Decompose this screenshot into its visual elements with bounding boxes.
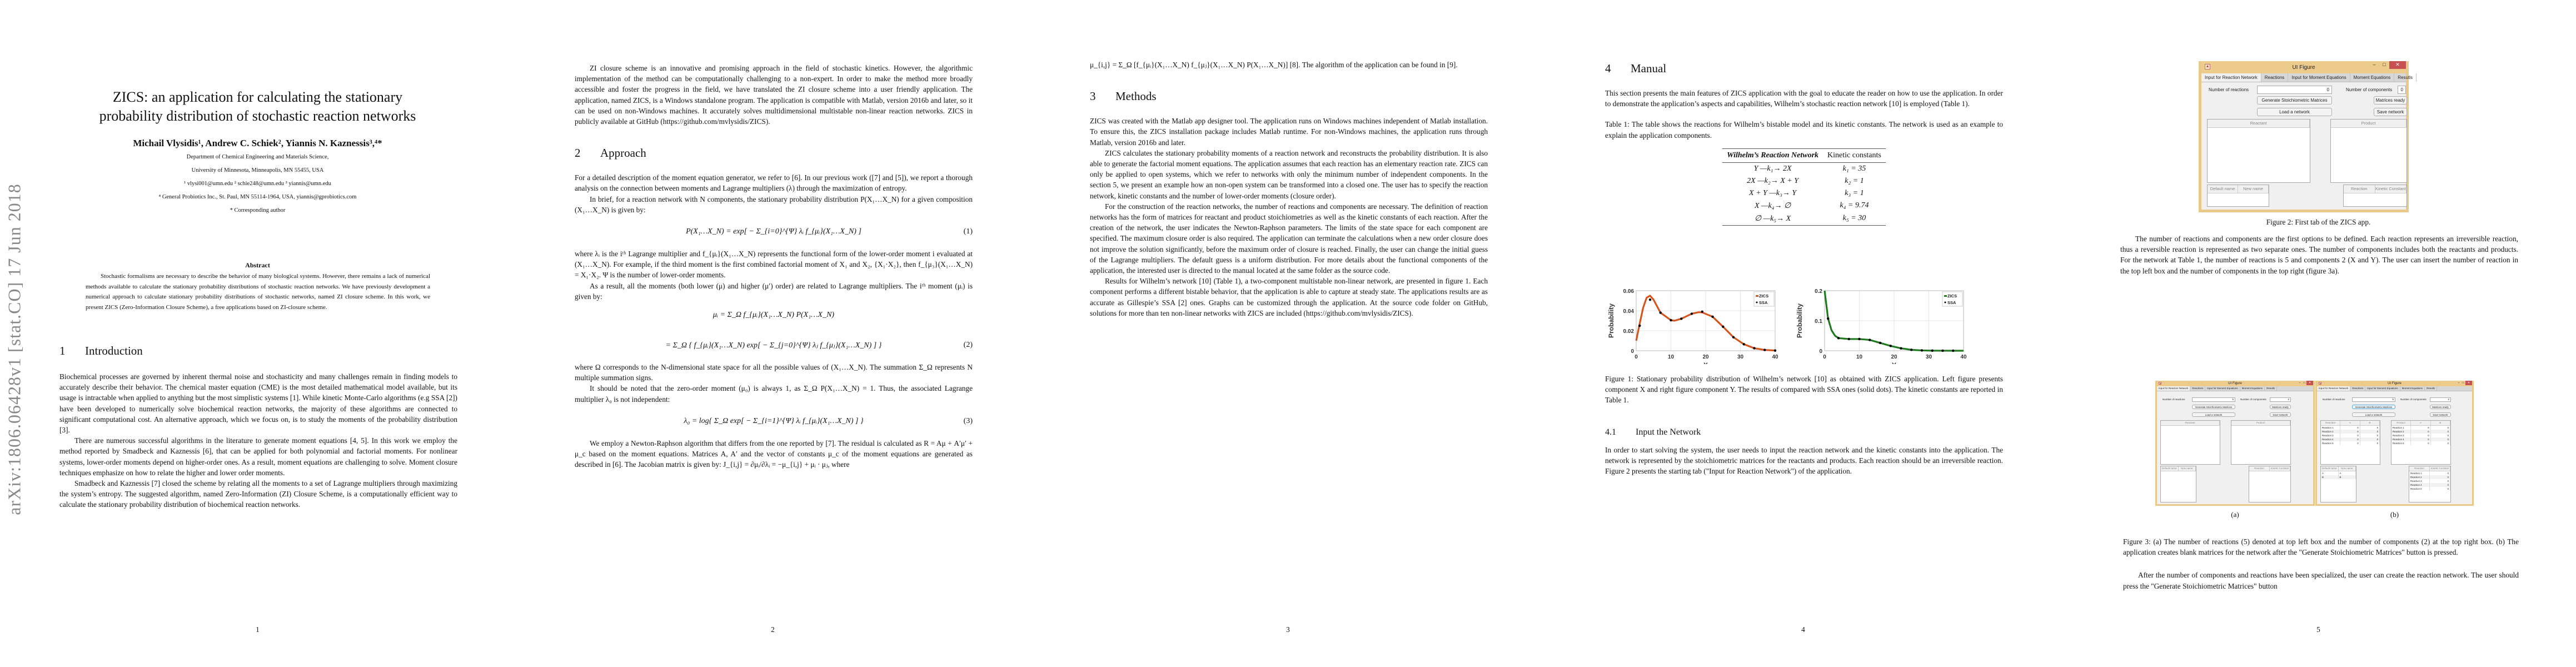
tab-moment-equations[interactable]: Moment Equations	[2400, 386, 2425, 391]
num-components-label: Number of components	[2240, 398, 2266, 401]
page-number: 1	[0, 625, 515, 634]
paragraph: Results for Wilhelm’s network [10] (Tabl…	[1090, 276, 1488, 318]
matlab-icon: ▲	[2319, 382, 2321, 385]
tab-input-reaction-network[interactable]: Input for Reaction Network	[2157, 386, 2190, 391]
tab-bar: Input for Reaction Network Reactions Inp…	[2201, 73, 2406, 82]
svg-text:Probability: Probability	[1607, 303, 1615, 338]
affiliation: Department of Chemical Engineering and M…	[33, 154, 482, 160]
emails: ¹ vlysi001@umn.edu ² schie248@umn.edu ³ …	[33, 181, 482, 187]
svg-text:SSA: SSA	[1947, 300, 1956, 305]
svg-text:ZICS: ZICS	[1947, 293, 1957, 298]
svg-text:30: 30	[1737, 354, 1744, 360]
matrices-ready-button[interactable]: Matrices ready	[2430, 405, 2451, 409]
table-caption: Table 1: The table shows the reactions f…	[1605, 119, 2003, 140]
page-5: ▲ UI Figure – □ ✕ Input for Reaction Net…	[2061, 0, 2576, 667]
svg-text:10: 10	[1856, 354, 1863, 360]
paragraph: For a detailed description of the moment…	[575, 172, 973, 193]
save-network-button[interactable]: Save network	[2430, 412, 2451, 417]
table-row: Reaction 100	[2321, 426, 2380, 430]
paragraph: ZICS was created with the Matlab app des…	[1090, 116, 1488, 148]
matlab-icon: ▲	[2205, 64, 2210, 69]
save-network-button[interactable]: Save network	[2270, 412, 2291, 417]
num-reactions-label: Number of reactions	[2209, 87, 2249, 92]
svg-text:30: 30	[1926, 354, 1932, 360]
table-row: Reaction 300	[2321, 434, 2380, 437]
component-names-table[interactable]: Default nameNew name	[2160, 466, 2196, 502]
table-row: ∅ —k₅→ Xk₅ = 30	[1722, 212, 1886, 226]
reactant-table[interactable]: Reactant	[2160, 420, 2220, 465]
svg-text:10: 10	[1668, 354, 1675, 360]
subfigure-label-b: (b)	[2315, 510, 2474, 519]
maximize-icon[interactable]: □	[2461, 381, 2465, 385]
table-row: X —k₄→ ∅k₄ = 9.74	[1722, 200, 1886, 212]
app-window-fig2: ▲ UI Figure – □ ✕ Input for Reaction Net…	[2199, 61, 2409, 212]
tab-input-reaction-network[interactable]: Input for Reaction Network	[2201, 73, 2261, 82]
paragraph: The number of reactions and components a…	[2120, 233, 2518, 276]
document-viewer: arXiv:1806.06428v1 [stat.CO] 17 Jun 2018…	[0, 0, 2576, 667]
svg-text:X: X	[1703, 361, 1708, 364]
tab-bar: Input for Reaction Network Reactions Inp…	[2317, 386, 2472, 391]
product-table[interactable]: Product	[2330, 119, 2407, 183]
subsection-heading: 4.1Input the Network	[1605, 427, 2003, 438]
title-bar: ▲ UI Figure – □ ✕	[2157, 381, 2313, 386]
matlab-icon: ▲	[2159, 382, 2161, 385]
tab-results[interactable]: Resutls	[2265, 386, 2277, 391]
reactant-table[interactable]: Reactant	[2207, 119, 2310, 183]
kinetic-constants-table[interactable]: ReactionKinetic Constant	[2249, 466, 2291, 502]
tab-input-moment-equations[interactable]: Input for Moment Equations	[2205, 386, 2240, 391]
matrices-ready-button[interactable]: Matrices ready	[2270, 405, 2291, 409]
paragraph: It should be noted that the zero-order m…	[575, 383, 973, 404]
paragraph: As a result, all the moments (both lower…	[575, 281, 973, 302]
table-row: Reaction 40	[2409, 483, 2450, 487]
svg-text:SSA: SSA	[1759, 300, 1768, 305]
load-network-button[interactable]: Load a network	[2192, 412, 2235, 417]
section-heading: 3Methods	[1090, 89, 1488, 103]
paragraph: We employ a Newton-Raphson algorithm tha…	[575, 438, 973, 470]
maximize-icon[interactable]: □	[2302, 381, 2306, 385]
tab-reactions[interactable]: Reactions	[2190, 386, 2205, 391]
kinetic-constants-table[interactable]: ReactionKinetic Constant	[2343, 185, 2407, 207]
table-row: 2X —k₂→ X + Yk₂ = 1	[1722, 175, 1886, 187]
svg-text:0: 0	[1823, 354, 1826, 360]
matrices-ready-button[interactable]: Matrices ready	[2374, 96, 2407, 104]
table-row: X + Y —k₃→ Yk₃ = 1	[1722, 187, 1886, 200]
load-network-button[interactable]: Load a network	[2352, 412, 2395, 417]
num-components-input[interactable]: 0	[2398, 86, 2406, 94]
paragraph: In order to start solving the system, th…	[1605, 445, 2003, 477]
page-number: 2	[515, 625, 1030, 634]
figure-caption: Figure 1: Stationary probability distrib…	[1605, 374, 2003, 406]
svg-text:0.2: 0.2	[1815, 288, 1822, 295]
table-row: Reaction 100	[2391, 426, 2450, 430]
table-row: Reaction 200	[2391, 430, 2450, 434]
svg-text:0.04: 0.04	[1623, 308, 1635, 315]
num-reactions-label: Number of reactions	[2323, 398, 2345, 401]
num-components-input[interactable]: 2	[2430, 397, 2451, 402]
paragraph: where Ω corresponds to the N-dimensional…	[575, 362, 973, 383]
svg-text:0: 0	[1819, 349, 1822, 355]
authors: Michail Vlysidis¹, Andrew C. Schiek², Yi…	[33, 138, 482, 149]
paragraph: μ_{i,j} = Σ_Ω [f_{μᵢ}(X₁…X_N) f_{μⱼ}(X₁……	[1090, 59, 1488, 70]
close-icon[interactable]: ✕	[2306, 381, 2313, 385]
svg-text:0: 0	[1631, 349, 1634, 355]
minimize-icon[interactable]: –	[2369, 61, 2379, 69]
tab-moment-equations[interactable]: Moment Equations	[2350, 73, 2395, 82]
table-row: Reaction 400	[2321, 437, 2380, 441]
product-table[interactable]: ProductAB Reaction 100 Reaction 200 Reac…	[2391, 420, 2451, 465]
svg-text:Probability: Probability	[1796, 303, 1803, 338]
paragraph: where λᵢ is the iᵗʰ Lagrange multiplier …	[575, 248, 973, 281]
tab-reactions[interactable]: Reactions	[2261, 73, 2289, 82]
table-row: Reaction 30	[2409, 479, 2450, 483]
title-bar: ▲ UI Figure – □ ✕	[2201, 61, 2406, 73]
abstract-text: Stochastic formalisms are necessary to d…	[86, 271, 430, 312]
product-table[interactable]: Product	[2231, 420, 2291, 465]
table-row: Reaction 200	[2321, 430, 2380, 434]
table-row: Reaction 500	[2321, 441, 2380, 445]
subfigure-label-a: (a)	[2155, 510, 2315, 519]
tab-moment-equations[interactable]: Moment Equations	[2240, 386, 2265, 391]
table-row: Reaction 20	[2409, 475, 2450, 479]
save-network-button[interactable]: Save network	[2374, 108, 2407, 116]
paragraph: ZICS calculates the stationary probabili…	[1090, 148, 1488, 201]
svg-text:0.02: 0.02	[1623, 328, 1635, 335]
paragraph: Biochemical processes are governed by in…	[59, 371, 457, 435]
section-heading: 2Approach	[575, 146, 973, 160]
num-components-input[interactable]: 2	[2270, 397, 2291, 402]
table-header: Wilhelm’s Reaction Network	[1722, 148, 1823, 162]
close-icon[interactable]: ✕	[2465, 381, 2472, 385]
equation-3: λ₀ = log{ Σ_Ω exp[ − Σ_{i=1}^{Ψ} λᵢ f_{μ…	[575, 405, 973, 438]
table-row: Y —k₁→ 2Xk₁ = 35	[1722, 162, 1886, 175]
app-window-fig3b: ▲ UI Figure – □ ✕ Input for Reaction Net…	[2315, 381, 2474, 506]
reaction-table: Wilhelm’s Reaction Network Kinetic const…	[1722, 148, 1886, 226]
section-heading: 1Introduction	[59, 344, 457, 358]
maximize-icon[interactable]: □	[2379, 61, 2389, 69]
num-components-label: Number of components	[2400, 398, 2426, 401]
load-network-button[interactable]: Load a network	[2257, 108, 2332, 116]
table-row: Reaction 400	[2391, 437, 2450, 441]
page-2: ZI closure scheme is an innovative and p…	[515, 0, 1030, 667]
num-reactions-label: Number of reactions	[2163, 398, 2185, 401]
corresponding-author: * Corresponding author	[33, 207, 482, 213]
abstract-heading: Abstract	[33, 261, 482, 270]
affiliation: ⁴ General Probiotics Inc., St. Paul, MN …	[33, 194, 482, 200]
svg-text:ZICS: ZICS	[1759, 293, 1768, 298]
component-names-table[interactable]: Default nameNew name	[2207, 185, 2269, 207]
page-number: 4	[1546, 625, 2061, 634]
num-components-label: Number of components	[2346, 87, 2392, 92]
paper-title: ZICS: an application for calculating the…	[33, 88, 482, 126]
tab-bar: Input for Reaction Network Reactions Inp…	[2157, 386, 2313, 391]
svg-text:Y: Y	[1892, 361, 1896, 364]
page-3: μ_{i,j} = Σ_Ω [f_{μᵢ}(X₁…X_N) f_{μⱼ}(X₁……	[1030, 0, 1546, 667]
svg-text:40: 40	[1772, 354, 1778, 360]
table-header: Kinetic constants	[1823, 148, 1886, 162]
equation-1: P(X₁…X_N) = exp[ − Σ_{i=0}^{Ψ} λᵢ f_{μᵢ}…	[575, 215, 973, 248]
svg-text:20: 20	[1891, 354, 1897, 360]
tab-reactions[interactable]: Reactions	[2350, 386, 2365, 391]
chart-y-distribution: 01020304000.10.2YProbabilityZICSSSA	[1794, 281, 1977, 364]
table-row: AA	[2321, 471, 2356, 475]
page-1: arXiv:1806.06428v1 [stat.CO] 17 Jun 2018…	[0, 0, 515, 667]
section-heading: 4Manual	[1605, 61, 2003, 76]
chart-y-svg: 01020304000.10.2YProbabilityZICSSSA	[1794, 281, 1977, 364]
close-icon[interactable]: ✕	[2389, 61, 2406, 69]
paragraph: Smadbeck and Kaznessis [7] closed the sc…	[59, 478, 457, 510]
affiliation: University of Minnesota, Minneapolis, MN…	[33, 167, 482, 173]
svg-text:0: 0	[1635, 354, 1638, 360]
paragraph: In brief, for a reaction network with N …	[575, 194, 973, 215]
tab-input-reaction-network[interactable]: Input for Reaction Network	[2317, 386, 2350, 391]
table-row: Reaction 50	[2409, 487, 2450, 491]
arxiv-stamp: arXiv:1806.06428v1 [stat.CO] 17 Jun 2018	[4, 183, 25, 516]
table-row: Reaction 500	[2391, 441, 2450, 445]
paragraph: For the construction of the reaction net…	[1090, 201, 1488, 276]
generate-matrices-button[interactable]: Generate Stoichiometric Matrices	[2352, 405, 2395, 409]
figure-3-caption: Figure 3: (a) The number of reactions (5…	[2123, 536, 2519, 558]
equation-2b: = Σ_Ω { f_{μᵢ}(X₁…X_N) exp[ − Σ_{j=0}^{Ψ…	[575, 328, 973, 362]
svg-text:40: 40	[1960, 354, 1967, 360]
figure-2-caption: Figure 2: First tab of the ZICS app.	[2061, 218, 2576, 227]
reactant-table[interactable]: ReactantAB Reaction 100 Reaction 200 Rea…	[2320, 420, 2380, 465]
paragraph: This section presents the main features …	[1605, 88, 2003, 109]
table-row: BB	[2321, 475, 2356, 479]
svg-text:20: 20	[1702, 354, 1709, 360]
minimize-icon[interactable]: –	[2298, 381, 2302, 385]
chart-x-distribution: 01020304000.020.040.06XProbabilityZICSSS…	[1606, 281, 1789, 364]
page-number: 5	[2061, 625, 2576, 634]
table-row: Reaction 300	[2391, 434, 2450, 437]
page-number: 3	[1030, 625, 1546, 634]
generate-matrices-button[interactable]: Generate Stoichiometric Matrices	[2192, 405, 2235, 409]
paragraph: ZI closure scheme is an innovative and p…	[575, 63, 973, 127]
title-bar: ▲ UI Figure – □ ✕	[2317, 381, 2472, 386]
paragraph: After the number of components and react…	[2123, 570, 2519, 591]
tab-input-moment-equations[interactable]: Input for Moment Equations	[2365, 386, 2400, 391]
component-names-table[interactable]: Default nameNew name AA BB	[2320, 466, 2356, 502]
tab-results[interactable]: Resutls	[2394, 73, 2416, 82]
num-reactions-input[interactable]: 5	[2192, 397, 2235, 402]
minimize-icon[interactable]: –	[2457, 381, 2461, 385]
app-window-fig3a: ▲ UI Figure – □ ✕ Input for Reaction Net…	[2155, 381, 2315, 506]
num-reactions-input[interactable]: 0	[2257, 86, 2332, 94]
svg-text:0.1: 0.1	[1815, 318, 1822, 325]
kinetic-constants-table[interactable]: ReactionKinetic Constant Reaction 10 Rea…	[2409, 466, 2451, 502]
tab-input-moment-equations[interactable]: Input for Moment Equations	[2288, 73, 2350, 82]
table-row: Reaction 10	[2409, 471, 2450, 475]
num-reactions-input[interactable]: 5	[2352, 397, 2395, 402]
tab-results[interactable]: Resutls	[2425, 386, 2437, 391]
equation-2a: μᵢ = Σ_Ω f_{μᵢ}(X₁…X_N) P(X₁…X_N)	[575, 302, 973, 328]
page-4: 4Manual This section presents the main f…	[1546, 0, 2061, 667]
chart-x-svg: 01020304000.020.040.06XProbabilityZICSSS…	[1606, 281, 1789, 364]
paragraph: There are numerous successful algorithms…	[59, 435, 457, 478]
svg-text:0.06: 0.06	[1623, 288, 1635, 295]
generate-matrices-button[interactable]: Generate Stoichiometric Matrices	[2257, 96, 2332, 104]
